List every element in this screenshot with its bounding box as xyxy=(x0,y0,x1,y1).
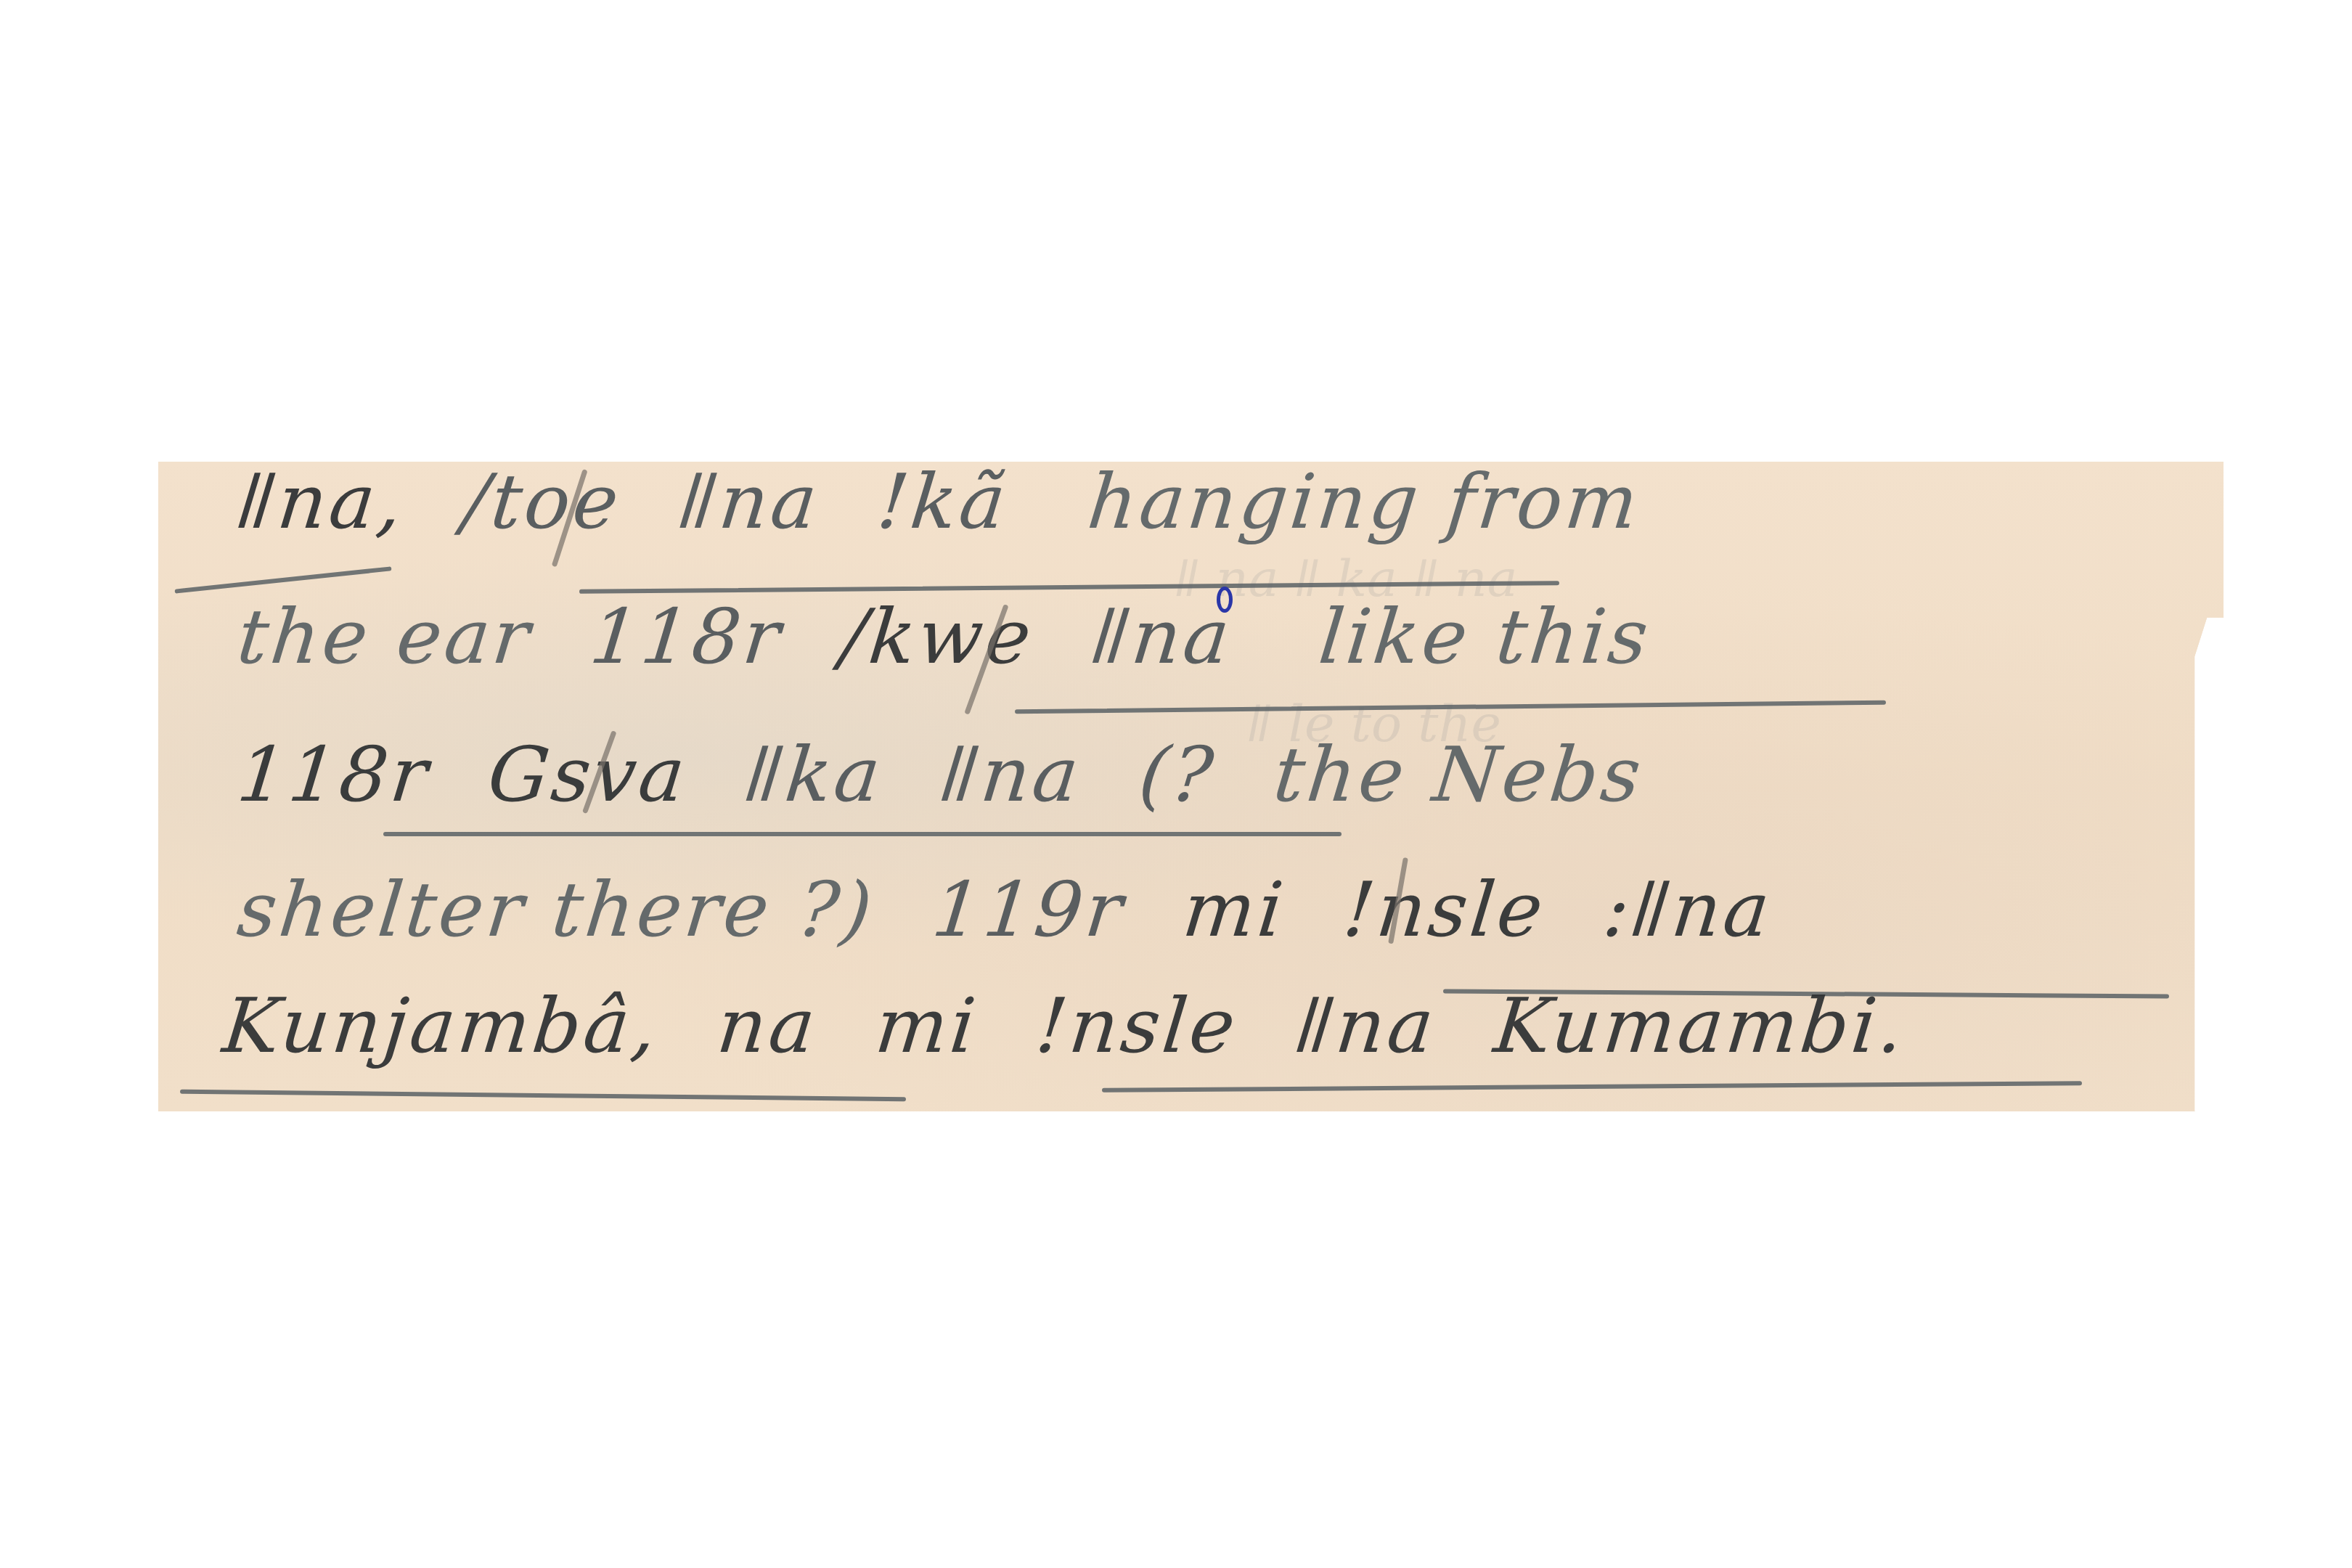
text-line-5: Kunjambâ, na mi !nsle ǁna Kumambi. xyxy=(219,981,1943,1070)
word: ǁna xyxy=(675,457,824,546)
word: ǁna xyxy=(1087,592,1236,681)
text-line-4: shelter there ?) 119r mi !nsle :ǁna xyxy=(234,865,1809,954)
photo-background: ǁ na ǁ ka ǁ na ǁ le to the ǁna, /toe ǁna… xyxy=(0,0,2352,1568)
word: mi xyxy=(1179,865,1290,954)
underline xyxy=(180,1090,906,1101)
word: !nsle xyxy=(1339,865,1550,954)
text-line-3: 118r Gsva ǁka ǁna (? the Nebs xyxy=(234,730,1680,819)
word: !nsle xyxy=(1032,981,1243,1070)
text-line-1: ǁna, /toe ǁna !kã hanging from xyxy=(234,457,1677,546)
word: the ear xyxy=(234,592,536,681)
word: hanging from xyxy=(1084,457,1645,546)
word: 118r xyxy=(234,730,435,819)
blue-circle-annotation xyxy=(1217,587,1233,613)
underline xyxy=(1102,1081,2082,1092)
word: 118r xyxy=(586,592,787,681)
word: 119r xyxy=(928,865,1130,954)
word: na xyxy=(714,981,822,1070)
manuscript-slip: ǁ na ǁ ka ǁ na ǁ le to the ǁna, /toe ǁna… xyxy=(158,462,2224,1111)
word: Kunjambâ, xyxy=(219,981,664,1070)
text-line-2: the ear 118r /kwe ǁna like this xyxy=(234,592,1687,681)
word: ǁna xyxy=(936,730,1085,819)
word: /toe xyxy=(459,457,626,546)
word: (? xyxy=(1135,730,1220,819)
word: the Nebs xyxy=(1270,730,1648,819)
word: shelter there ?) xyxy=(234,865,879,954)
word: mi xyxy=(872,981,983,1070)
word: ǁna, xyxy=(234,457,409,546)
word: like this xyxy=(1315,592,1655,681)
word: :ǁna xyxy=(1599,865,1776,954)
underline xyxy=(175,566,392,593)
word: !kã xyxy=(873,457,1013,546)
word: ǁna xyxy=(1292,981,1441,1070)
underline xyxy=(383,832,1342,836)
word: ǁka xyxy=(741,730,887,819)
word: Kumambi. xyxy=(1490,981,1911,1070)
